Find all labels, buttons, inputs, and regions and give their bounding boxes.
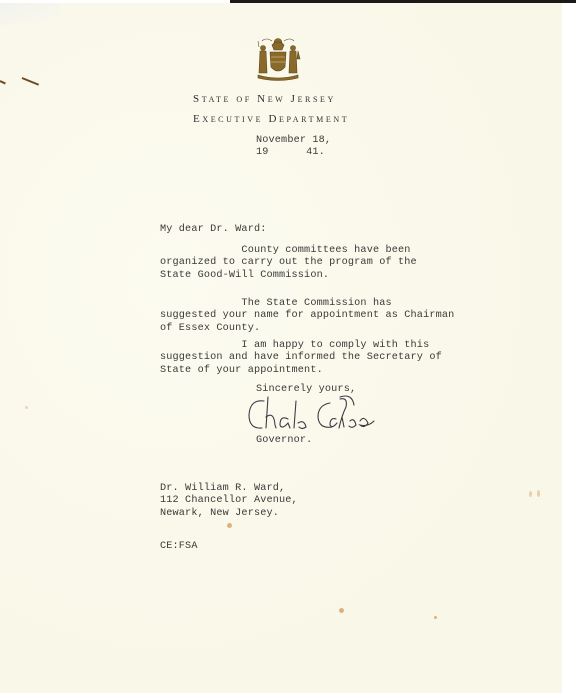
paragraph-line: State of your appointment. [160,365,323,376]
letterhead-line1: State of New Jersey [193,93,336,105]
date-line2: 19 41. [256,147,325,158]
paragraph-line: I am happy to comply with this [160,340,429,351]
paper-stain [537,490,540,497]
paper-stain [25,406,28,409]
paragraph-line: The State Commission has [160,298,392,309]
letterhead-line2: Executive Department [193,113,349,125]
salutation: My dear Dr. Ward: [160,224,266,236]
paragraph-1: County committees have been organized to… [160,245,417,282]
letter-page: State of New Jersey Executive Department… [0,3,562,693]
paper-fold [0,3,60,25]
date-line1: November 18, [256,135,331,146]
recipient-city: Newark, New Jersey. [160,508,279,519]
date-block: November 18, 19 41. [256,135,331,160]
paper-stain [227,523,232,528]
paragraph-line: County committees have been [160,245,411,256]
paragraph-line: suggestion and have informed the Secreta… [160,352,442,363]
paragraph-line: suggested your name for appointment as C… [160,310,454,321]
signature [244,395,384,435]
recipient-street: 112 Chancellor Avenue, [160,495,298,506]
letterhead-state: State of New Jersey [193,93,336,105]
ink-mark [22,77,39,86]
paragraph-line: organized to carry out the program of th… [160,257,417,268]
paper-stain [529,491,532,497]
paper-stain [339,608,344,613]
paragraph-3: I am happy to comply with this suggestio… [160,340,442,377]
paper-stain [434,616,437,619]
ink-mark [0,80,6,84]
letterhead-department: Executive Department [193,113,349,125]
paragraph-line: State Good-Will Commission. [160,270,329,281]
recipient-name: Dr. William R. Ward, [160,483,285,494]
recipient-address: Dr. William R. Ward, 112 Chancellor Aven… [160,483,298,520]
paragraph-line: of Essex County. [160,323,260,334]
paragraph-2: The State Commission has suggested your … [160,298,454,335]
reference-initials: CE:FSA [160,541,198,553]
new-jersey-seal-icon [254,37,302,83]
signer-title: Governor. [256,435,312,447]
